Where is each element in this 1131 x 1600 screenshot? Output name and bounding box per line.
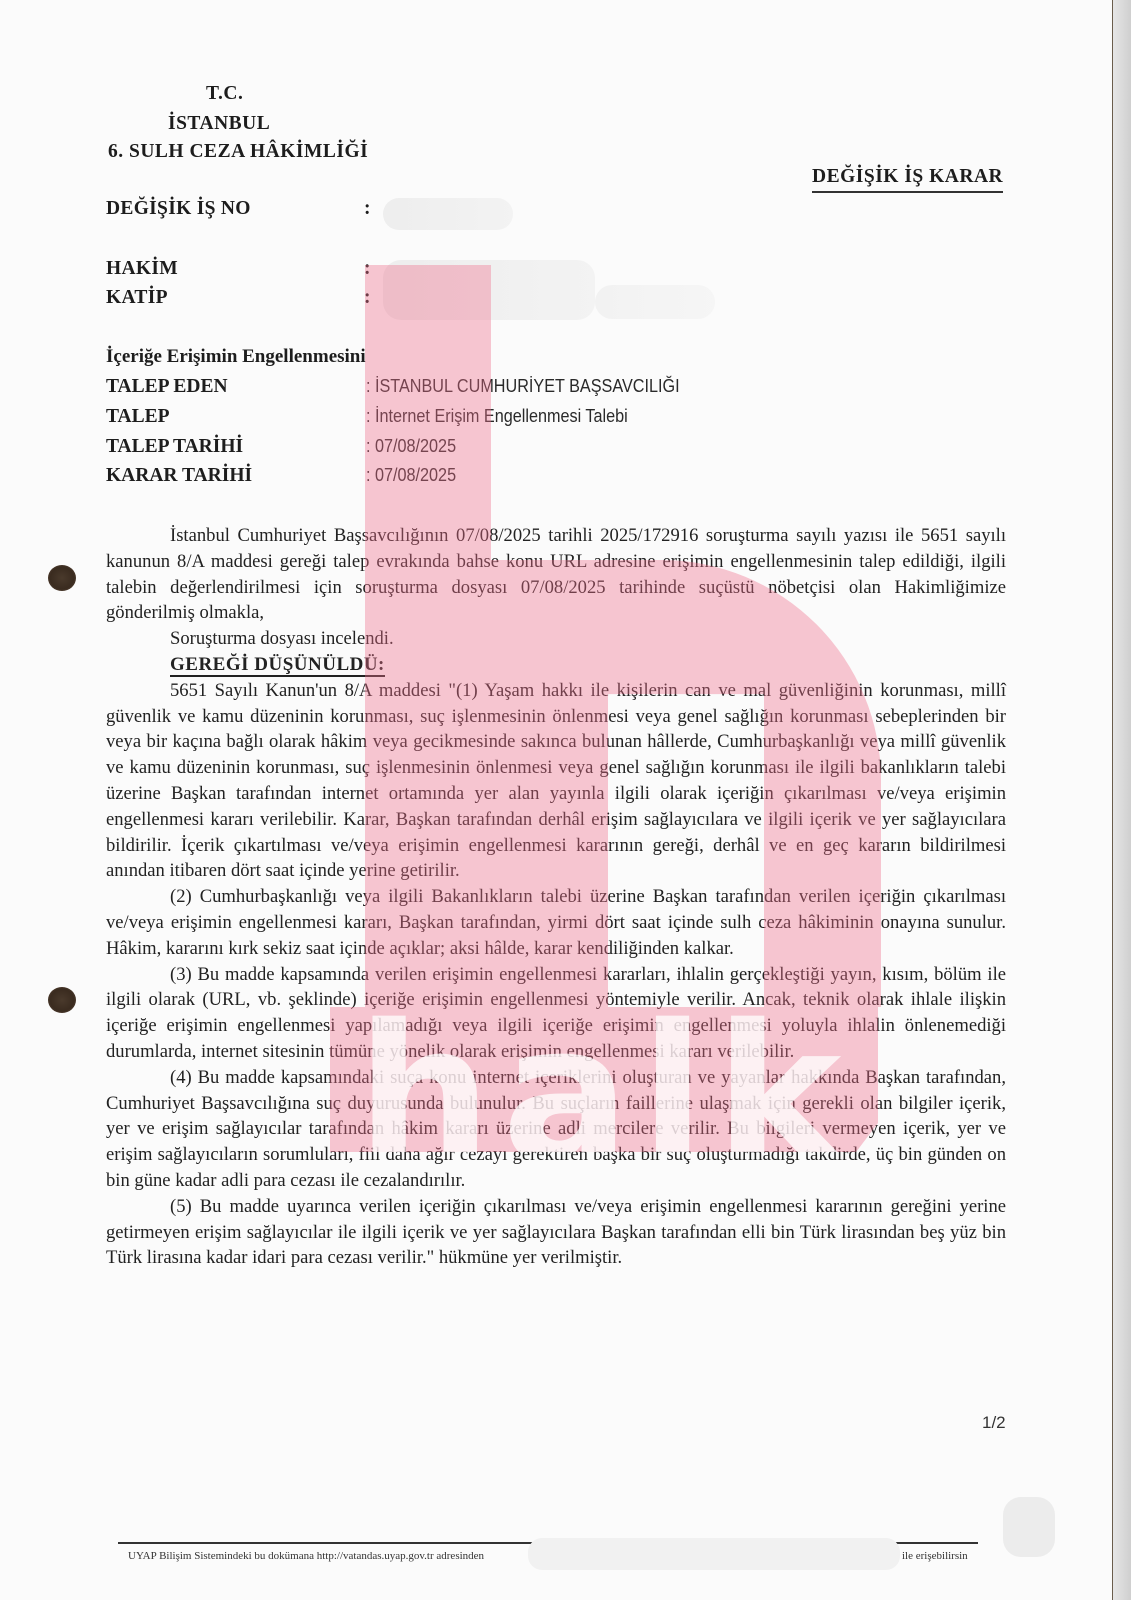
header-country: T.C. — [206, 83, 243, 105]
redacted-barcode — [1003, 1497, 1055, 1557]
page-number: 1/2 — [982, 1413, 1006, 1433]
field-label: DEĞİŞİK İŞ NO — [106, 198, 251, 220]
intro-paragraph: İstanbul Cumhuriyet Başsavcılığının 07/0… — [106, 523, 1006, 626]
decision-body: İstanbul Cumhuriyet Başsavcılığının 07/0… — [106, 523, 1006, 1271]
footer-text-right: ile erişebilirsin — [902, 1550, 968, 1562]
decision-heading: GEREĞİ DÜŞÜNÜLDÜ: — [106, 652, 1006, 678]
field-colon: : — [364, 258, 371, 280]
field-colon: : — [364, 198, 371, 220]
law-paragraph-4: (4) Bu madde kapsamındaki suça konu inte… — [106, 1065, 1006, 1194]
request-title: İçeriğe Erişimin Engellenmesini — [106, 346, 366, 368]
request-label: TALEP TARİHİ — [106, 436, 243, 458]
examined-line: Soruşturma dosyası incelendi. — [106, 626, 1006, 652]
field-label: HAKİM — [106, 258, 178, 280]
redacted-judge-clerk — [383, 260, 595, 320]
punch-hole — [48, 565, 76, 591]
request-label: TALEP — [106, 406, 170, 428]
request-value: : 07/08/2025 — [366, 436, 456, 457]
law-paragraph-2: (2) Cumhurbaşkanlığı veya ilgili Bakanlı… — [106, 884, 1006, 961]
header-court: 6. SULH CEZA HÂKİMLİĞİ — [108, 141, 368, 163]
redacted-verification-code — [528, 1538, 900, 1570]
decision-heading-text: GEREĞİ DÜŞÜNÜLDÜ: — [170, 654, 385, 677]
law-paragraph-5: (5) Bu madde uyarınca verilen içeriğin ç… — [106, 1194, 1006, 1271]
redacted-case-number — [383, 198, 513, 230]
header-city: İSTANBUL — [168, 113, 270, 135]
law-paragraph-3: (3) Bu madde kapsamında verilen erişimin… — [106, 962, 1006, 1065]
redacted-smudge — [595, 285, 715, 319]
law-paragraph-1: 5651 Sayılı Kanun'un 8/A maddesi "(1) Ya… — [106, 678, 1006, 884]
field-colon: : — [364, 287, 371, 309]
document-type-title: DEĞİŞİK İŞ KARAR — [812, 166, 1003, 193]
request-value: : İnternet Erişim Engellenmesi Talebi — [366, 406, 628, 427]
request-label: KARAR TARİHİ — [106, 465, 252, 487]
request-label: TALEP EDEN — [106, 376, 228, 398]
field-label: KATİP — [106, 287, 168, 309]
punch-hole — [48, 987, 76, 1013]
scan-edge — [1113, 0, 1131, 1600]
footer-text-left: UYAP Bilişim Sistemindeki bu dokümana ht… — [128, 1550, 484, 1562]
request-value: : İSTANBUL CUMHURİYET BAŞSAVCILIĞI — [366, 376, 680, 397]
request-value: : 07/08/2025 — [366, 465, 456, 486]
